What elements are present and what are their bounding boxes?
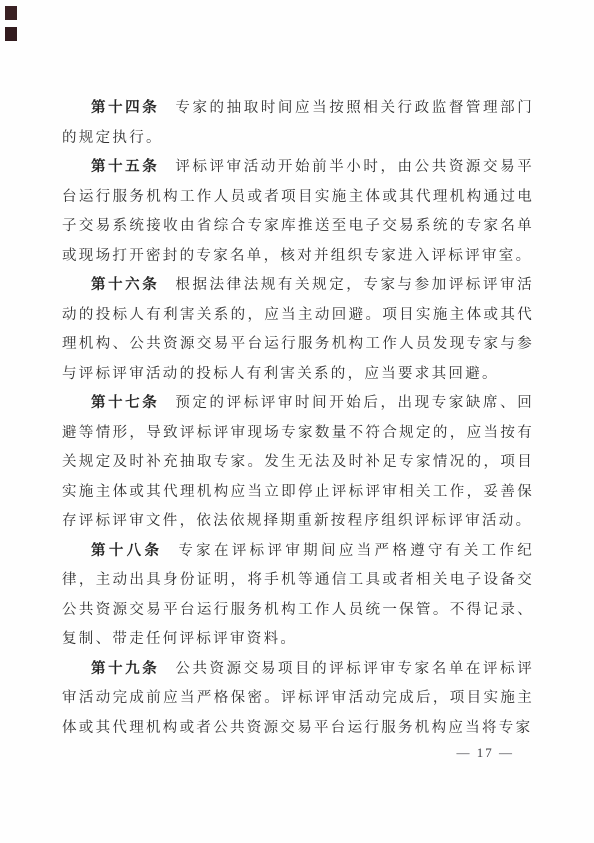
article-number: 第十六条 [91, 277, 159, 293]
article-text: 预定的评标评审时间开始后，出现专家缺席、回避等情形，导致评标评审现场专家数量不符… [62, 395, 534, 529]
article-number: 第十九条 [91, 661, 159, 677]
article-number: 第十五条 [91, 159, 159, 175]
article-number: 第十七条 [91, 395, 159, 411]
article-paragraph: 第十四条专家的抽取时间应当按照相关行政监督管理部门的规定执行。 [62, 94, 534, 153]
article-paragraph: 第十七条预定的评标评审时间开始后，出现专家缺席、回避等情形，导致评标评审现场专家… [62, 389, 534, 537]
document-body: 第十四条专家的抽取时间应当按照相关行政监督管理部门的规定执行。 第十五条评标评审… [62, 94, 534, 743]
page-number: — 17 — [457, 745, 515, 761]
article-paragraph: 第十九条公共资源交易项目的评标评审专家名单在评标评审活动完成前应当严格保密。评标… [62, 655, 534, 744]
scan-artifact-mark [5, 27, 17, 41]
article-paragraph: 第十五条评标评审活动开始前半小时，由公共资源交易平台运行服务机构工作人员或者项目… [62, 153, 534, 271]
article-paragraph: 第十六条根据法律法规有关规定，专家与参加评标评审活动的投标人有利害关系的，应当主… [62, 271, 534, 389]
document-page: 第十四条专家的抽取时间应当按照相关行政监督管理部门的规定执行。 第十五条评标评审… [0, 0, 594, 843]
article-paragraph: 第十八条专家在评标评审期间应当严格遵守有关工作纪律，主动出具身份证明，将手机等通… [62, 537, 534, 655]
article-number: 第十八条 [91, 543, 162, 559]
scan-artifact-mark [5, 6, 17, 20]
article-number: 第十四条 [91, 100, 159, 116]
